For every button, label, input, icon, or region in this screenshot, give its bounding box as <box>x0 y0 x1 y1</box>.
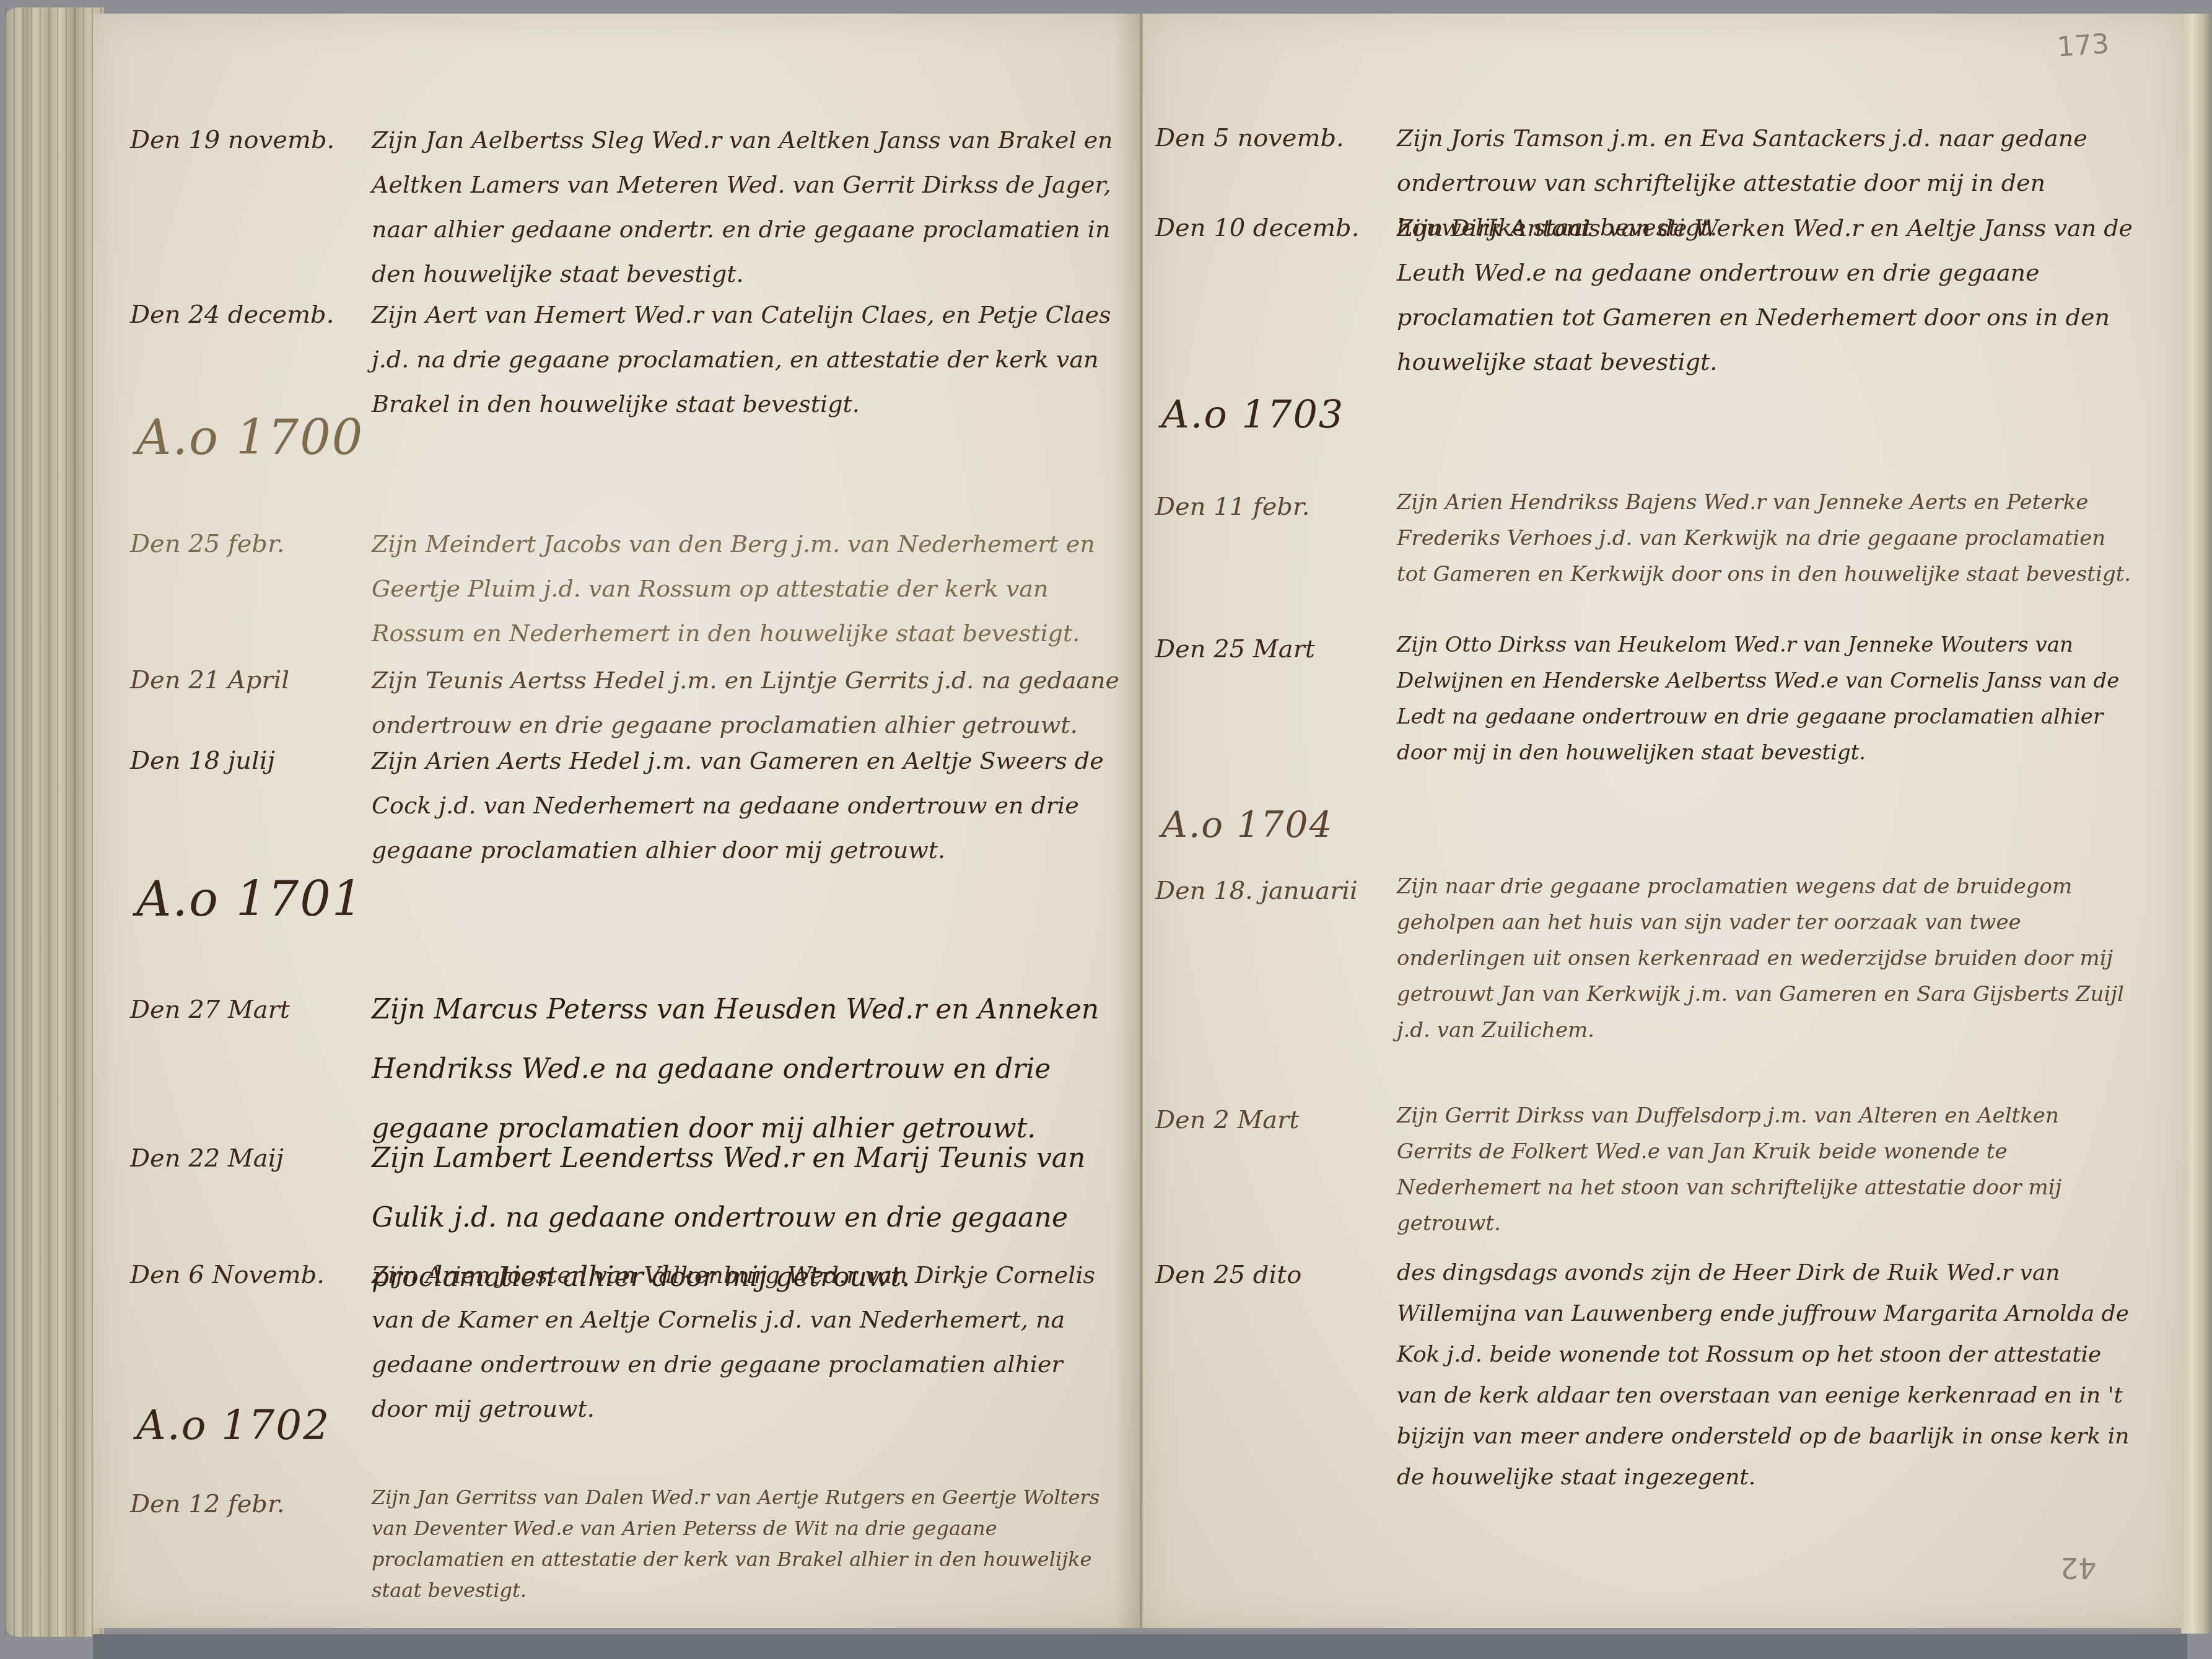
book-bottom-edge <box>93 1634 2187 1659</box>
entry-text: Zijn Gerrit Dirkss van Duffelsdorp j.m. … <box>1397 1098 2134 1241</box>
entry-24-dec: Den 24 decemb. Zijn Aert van Hemert Wed.… <box>130 292 1121 426</box>
entry-date: Den 10 decemb. <box>1155 206 1397 384</box>
entry-text: Zijn Aert van Hemert Wed.r van Catelijn … <box>372 292 1121 426</box>
entry-date: Den 11 febr. <box>1155 484 1397 592</box>
year-heading-1704: A.o 1704 <box>1161 803 1333 846</box>
entry-date: Den 19 novemb. <box>130 118 372 296</box>
entry-10-dec: Den 10 decemb. Zijn Dirk Antonis van de … <box>1155 206 2134 384</box>
entry-text: Zijn Otto Dirkss van Heukelom Wed.r van … <box>1397 627 2134 771</box>
year-heading-1701: A.o 1701 <box>136 872 364 927</box>
entry-text: Zijn Arien Hendrikss Bajens Wed.r van Je… <box>1397 484 2134 592</box>
entry-18-july-1700: Den 18 julij Zijn Arien Aerts Hedel j.m.… <box>130 738 1121 872</box>
year-heading-1702: A.o 1702 <box>136 1401 330 1449</box>
left-page: Den 19 novemb. Zijn Jan Aelbertss Sleg W… <box>93 14 1142 1628</box>
year-heading-1700: A.o 1700 <box>136 410 364 466</box>
entry-date: Den 18. januarii <box>1155 869 1397 1048</box>
right-page: 173 Den 5 novemb. Zijn Joris Tamson j.m.… <box>1142 14 2184 1628</box>
entry-date: Den 21 April <box>130 658 372 747</box>
entry-date: Den 24 decemb. <box>130 292 372 426</box>
entry-text: Zijn Dirk Antonis van de Werken Wed.r en… <box>1397 206 2134 384</box>
entry-text: Zijn Teunis Aertss Hedel j.m. en Lijntje… <box>372 658 1121 747</box>
entry-25-feb-1700: Den 25 febr. Zijn Meindert Jacobs van de… <box>130 522 1121 655</box>
entry-date: Den 25 Mart <box>1155 627 1397 771</box>
year-heading-1703: A.o 1703 <box>1161 392 1344 437</box>
folio-number-bottom: 42 <box>2060 1551 2097 1585</box>
entry-date: Den 25 dito <box>1155 1253 1397 1498</box>
entry-25-mart-1703: Den 25 Mart Zijn Otto Dirkss van Heukelo… <box>1155 627 2134 771</box>
entry-21-april-1700: Den 21 April Zijn Teunis Aertss Hedel j.… <box>130 658 1121 747</box>
entry-text: Zijn Arien Aerts Hedel j.m. van Gameren … <box>372 738 1121 872</box>
entry-date: Den 12 febr. <box>130 1482 372 1606</box>
entry-text: Zijn Arien Joosten van Valkenburg Wed.r … <box>372 1253 1121 1431</box>
entry-11-feb-1703: Den 11 febr. Zijn Arien Hendrikss Bajens… <box>1155 484 2134 592</box>
entry-25-dito-1704: Den 25 dito des dingsdags avonds zijn de… <box>1155 1253 2134 1498</box>
entry-18-jan-1704: Den 18. januarii Zijn naar drie gegaane … <box>1155 869 2134 1048</box>
entry-date: Den 18 julij <box>130 738 372 872</box>
entry-2-mart-1704: Den 2 Mart Zijn Gerrit Dirkss van Duffel… <box>1155 1098 2134 1241</box>
entry-date: Den 2 Mart <box>1155 1098 1397 1241</box>
book-right-edge <box>2181 14 2211 1634</box>
entry-text: Zijn Jan Aelbertss Sleg Wed.r van Aeltke… <box>372 118 1121 296</box>
entry-19-nov: Den 19 novemb. Zijn Jan Aelbertss Sleg W… <box>130 118 1121 296</box>
entry-12-feb-1702: Den 12 febr. Zijn Jan Gerritss van Dalen… <box>130 1482 1121 1606</box>
entry-text: des dingsdags avonds zijn de Heer Dirk d… <box>1397 1253 2134 1498</box>
document-viewer: Den 19 novemb. Zijn Jan Aelbertss Sleg W… <box>0 0 2212 1659</box>
entry-text: Zijn Meindert Jacobs van den Berg j.m. v… <box>372 522 1121 655</box>
entry-text: Zijn Jan Gerritss van Dalen Wed.r van Ae… <box>372 1482 1121 1606</box>
folio-number-top: 173 <box>2056 28 2110 63</box>
entry-text: Zijn naar drie gegaane proclamatien wege… <box>1397 869 2134 1048</box>
entry-date: Den 25 febr. <box>130 522 372 655</box>
book-left-edge <box>5 7 104 1637</box>
